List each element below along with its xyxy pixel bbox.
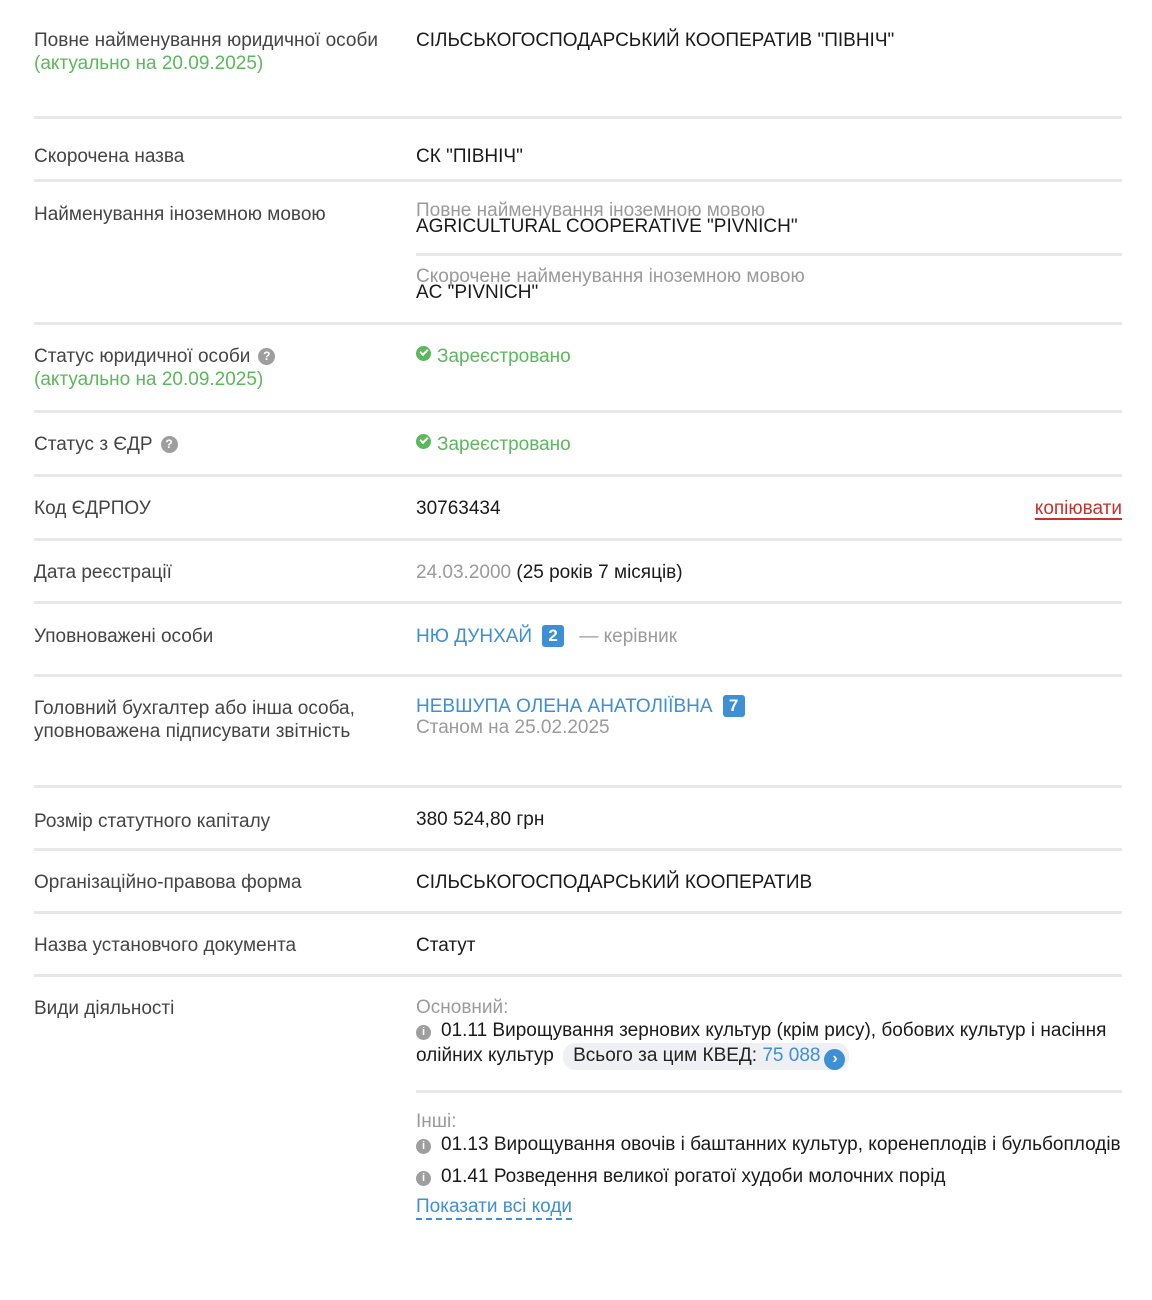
show-all-codes-link[interactable]: Показати всі коди [416, 1196, 572, 1220]
row-label: Назва установчого документа [34, 934, 416, 974]
other-activity-item: i01.41 Розведення великої рогатої худоби… [416, 1165, 1122, 1189]
row-capital: Розмір статутного капіталу 380 524,80 гр… [34, 788, 1122, 851]
foreign-short-block: Скорочене найменування іноземною мовою A… [416, 269, 1122, 315]
short-name-value: СК "ПІВНІЧ" [416, 145, 1122, 179]
check-circle-icon [416, 434, 431, 449]
row-label: Повне найменування юридичної особи (акту… [34, 29, 416, 116]
row-registration-date: Дата реєстрації 24.03.2000 (25 років 7 м… [34, 541, 1122, 604]
row-accountant: Головний бухгалтер або інша особа, уповн… [34, 677, 1122, 788]
row-label: Види діяльності [34, 997, 416, 1267]
label-text: Статус з ЄДР [34, 434, 153, 455]
count-badge[interactable]: 2 [542, 625, 564, 647]
other-activity-item: i01.13 Вирощування овочів і баштанних ку… [416, 1133, 1122, 1156]
foreign-short-value: AC "PIVNICH" [416, 285, 1122, 301]
row-label: Розмір статутного капіталу [34, 808, 416, 848]
foreign-full-block: Повне найменування іноземною мовою AGRIC… [416, 203, 1122, 249]
other-activity-label: Інші: [416, 1111, 1122, 1133]
row-label: Головний бухгалтер або інша особа, уповн… [34, 695, 416, 785]
row-edr-status: Статус з ЄДР? Зареєстровано [34, 413, 1122, 477]
full-name-value: СІЛЬСЬКОГОСПОДАРСЬКИЙ КООПЕРАТИВ "ПІВНІЧ… [416, 29, 1122, 116]
row-label: Дата реєстрації [34, 561, 416, 601]
inner-divider [416, 253, 1122, 256]
check-circle-icon [416, 346, 431, 361]
registration-duration: (25 років 7 місяців) [516, 562, 682, 583]
company-details-table: Повне найменування юридичної особи (акту… [34, 0, 1122, 1267]
row-founding-document: Назва установчого документа Статут [34, 914, 1122, 977]
other-activity-text: 01.13 Вирощування овочів і баштанних кул… [441, 1134, 1121, 1155]
accountant-cell: НЕВШУПА ОЛЕНА АНАТОЛІЇВНА7 Станом на 25.… [416, 695, 1122, 785]
founding-doc-value: Статут [416, 934, 1122, 974]
row-label: Статус юридичної особи? (актуально на 20… [34, 345, 416, 410]
inner-divider [416, 1090, 1122, 1093]
info-icon[interactable]: i [416, 1025, 431, 1040]
row-authorized-persons: Уповноважені особи НЮ ДУНХАЙ2 — керівник [34, 604, 1122, 677]
edrpou-value: 30763434 [416, 498, 501, 519]
status-text: Зареєстровано [437, 346, 571, 367]
row-label: Найменування іноземною мовою [34, 203, 416, 322]
authorized-person-link[interactable]: НЮ ДУНХАЙ [416, 626, 532, 647]
actual-note: (актуально на 20.09.2025) [34, 52, 396, 75]
registration-date-cell: 24.03.2000 (25 років 7 місяців) [416, 561, 1122, 601]
edrpou-value-cell: 30763434 копіювати [416, 497, 1122, 538]
help-icon[interactable]: ? [161, 436, 178, 453]
edr-status-value: Зареєстровано [416, 433, 1122, 474]
authorized-cell: НЮ ДУНХАЙ2 — керівник [416, 625, 1122, 674]
main-activity-label: Основний: [416, 997, 1122, 1019]
info-icon[interactable]: i [416, 1139, 431, 1154]
row-legal-status: Статус юридичної особи? (актуально на 20… [34, 325, 1122, 413]
row-short-name: Скорочена назва СК "ПІВНІЧ" [34, 119, 1122, 182]
label-text: Статус юридичної особи [34, 346, 250, 367]
foreign-name-block: Повне найменування іноземною мовою AGRIC… [416, 203, 1122, 322]
main-activity-item: i01.11 Вирощування зернових культур (крі… [416, 1019, 1122, 1070]
accountant-link[interactable]: НЕВШУПА ОЛЕНА АНАТОЛІЇВНА [416, 696, 713, 717]
count-badge[interactable]: 7 [723, 695, 745, 717]
chevron-right-icon[interactable]: › [824, 1049, 845, 1070]
status-text: Зареєстровано [437, 434, 571, 455]
row-label: Уповноважені особи [34, 625, 416, 674]
label-text: Повне найменування юридичної особи [34, 29, 396, 52]
row-edrpou: Код ЄДРПОУ 30763434 копіювати [34, 477, 1122, 541]
row-activities: Види діяльності Основний: i01.11 Вирощув… [34, 977, 1122, 1267]
row-foreign-name: Найменування іноземною мовою Повне найме… [34, 182, 1122, 325]
info-icon[interactable]: i [416, 1171, 431, 1186]
capital-value: 380 524,80 грн [416, 808, 1122, 848]
show-all-wrapper: Показати всі коди [416, 1195, 1122, 1220]
copy-button[interactable]: копіювати [1035, 497, 1122, 520]
row-legal-form: Організаційно-правова форма СІЛЬСЬКОГОСП… [34, 851, 1122, 914]
other-activity-text: 01.41 Розведення великої рогатої худоби … [441, 1166, 946, 1187]
actual-note: (актуально на 20.09.2025) [34, 368, 396, 391]
foreign-full-value: AGRICULTURAL COOPERATIVE "PIVNICH" [416, 219, 1122, 235]
legal-status-value: Зареєстровано [416, 345, 1122, 410]
row-label: Організаційно-правова форма [34, 871, 416, 911]
help-icon[interactable]: ? [258, 348, 275, 365]
activities-cell: Основний: i01.11 Вирощування зернових ку… [416, 997, 1122, 1267]
row-full-name: Повне найменування юридичної особи (акту… [34, 0, 1122, 119]
row-label: Статус з ЄДР? [34, 433, 416, 474]
role-text: — керівник [579, 626, 677, 647]
row-label: Скорочена назва [34, 145, 416, 179]
row-label: Код ЄДРПОУ [34, 497, 416, 538]
registration-date: 24.03.2000 [416, 562, 511, 583]
kved-total-value: 75 088 [762, 1045, 820, 1066]
kved-total-pill[interactable]: Всього за цим КВЕД: 75 088› [563, 1043, 849, 1070]
kved-total-label: Всього за цим КВЕД: [573, 1045, 757, 1066]
accountant-as-of: Станом на 25.02.2025 [416, 717, 1122, 738]
legal-form-value: СІЛЬСЬКОГОСПОДАРСЬКИЙ КООПЕРАТИВ [416, 871, 1122, 911]
